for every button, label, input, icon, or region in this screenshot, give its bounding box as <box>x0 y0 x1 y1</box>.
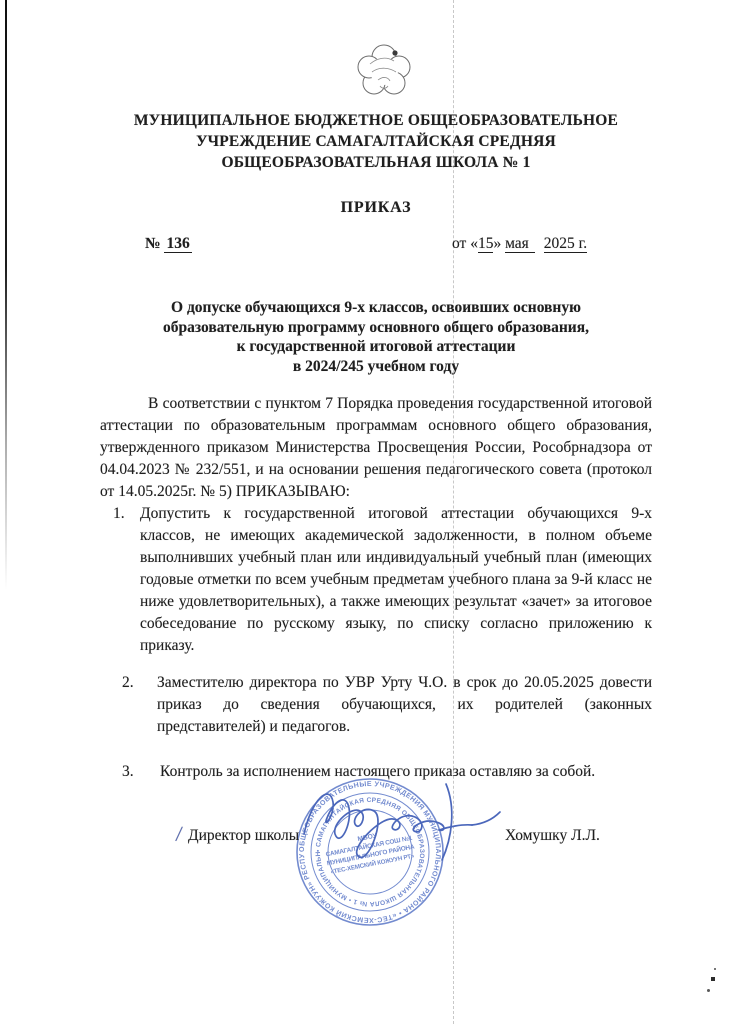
date-mid: » <box>493 235 505 252</box>
scan-artifact-left-line <box>5 0 7 590</box>
scan-speck <box>714 968 716 970</box>
signature-slash-mark: / <box>175 821 184 847</box>
org-line-2: УЧРЕЖДЕНИЕ САМАГАЛТАЙСКАЯ СРЕДНЯЯ <box>100 131 652 152</box>
number-date-row: № 136 от «15» мая2025 г. <box>100 235 652 257</box>
date-day: 15 <box>478 235 494 253</box>
subject-line-3: к государственной итоговой аттестации <box>100 337 652 357</box>
signer-name: Хомушку Л.Л. <box>505 827 600 845</box>
org-line-3: ОБЩЕОБРАЗОВАТЕЛЬНАЯ ШКОЛА № 1 <box>100 152 652 173</box>
subject-line-4: в 2024/245 учебном году <box>100 357 652 377</box>
order-number: № 136 <box>145 235 192 253</box>
order-date: от «15» мая2025 г. <box>452 235 587 253</box>
date-prefix: от « <box>452 235 478 252</box>
number-value: 136 <box>164 235 191 253</box>
item-2-number: 2. <box>122 672 134 694</box>
order-subject: О допуске обучающихся 9-х классов, освои… <box>100 298 652 376</box>
item-1-text: Допустить к государственной итоговой атт… <box>140 503 652 657</box>
scanned-order-page: МУНИЦИПАЛЬНОЕ БЮДЖЕТНОЕ ОБЩЕОБРАЗОВАТЕЛЬ… <box>0 0 745 1024</box>
number-sign: № <box>145 235 161 252</box>
item-2-text: Заместителю директора по УВР Урту Ч.О. в… <box>157 672 652 738</box>
item-1-number: 1. <box>113 503 125 525</box>
order-item-1: 1. Допустить к государственной итоговой … <box>100 503 652 657</box>
date-month: мая <box>505 235 535 253</box>
preamble-paragraph: В соответствии с пунктом 7 Порядка прове… <box>100 393 652 503</box>
date-year: 2025 г. <box>544 235 587 253</box>
signature-scrawl <box>296 768 508 878</box>
organization-name: МУНИЦИПАЛЬНОЕ БЮДЖЕТНОЕ ОБЩЕОБРАЗОВАТЕЛЬ… <box>100 110 652 173</box>
scan-speck <box>707 989 710 992</box>
signer-role: Директор школы <box>188 827 299 845</box>
order-item-2: 2. Заместителю директора по УВР Урту Ч.О… <box>100 672 652 738</box>
document-content: МУНИЦИПАЛЬНОЕ БЮДЖЕТНОЕ ОБЩЕОБРАЗОВАТЕЛЬ… <box>100 0 652 851</box>
scan-speck <box>711 977 715 981</box>
item-3-number: 3. <box>122 761 134 783</box>
subject-line-2: образовательную программу основного обще… <box>100 318 652 338</box>
subject-line-1: О допуске обучающихся 9-х классов, освои… <box>100 298 652 318</box>
document-type-heading: ПРИКАЗ <box>100 199 652 217</box>
org-line-1: МУНИЦИПАЛЬНОЕ БЮДЖЕТНОЕ ОБЩЕОБРАЗОВАТЕЛЬ… <box>100 110 652 131</box>
